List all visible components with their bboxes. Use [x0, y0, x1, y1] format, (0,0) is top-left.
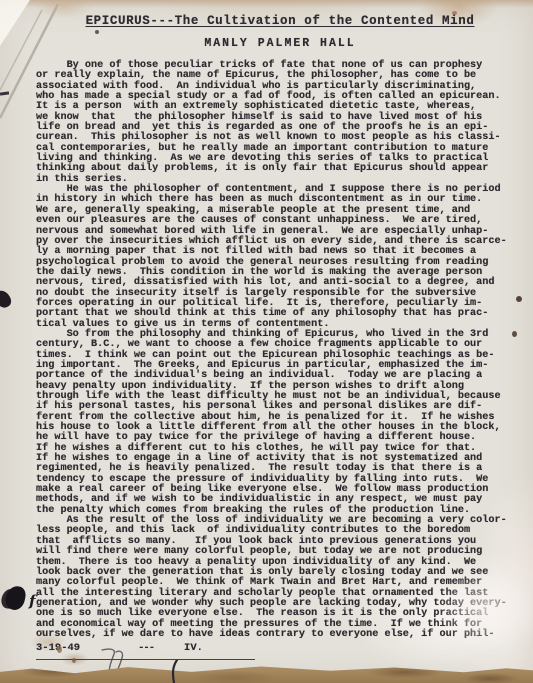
- body-text: By one of those peculiar tricks of fate …: [36, 61, 524, 640]
- paragraph: By one of those peculiar tricks of fate …: [36, 61, 524, 185]
- paper-speck: [516, 296, 522, 302]
- paragraph: He was the philosopher of contentment, a…: [36, 185, 524, 330]
- footer-dashes: ---: [138, 642, 154, 654]
- paper-abrasion-stain: [383, 556, 533, 676]
- text-line: nervous, tired, dissatisfied with his lo…: [36, 278, 524, 288]
- handwritten-margin-letter: f: [29, 592, 35, 610]
- paper-speck: [40, 630, 43, 633]
- scanned-document-page: EPICURUS---The Cultivation of the Conten…: [0, 0, 533, 683]
- paper-speck: [452, 11, 457, 15]
- typed-underline-mark: [36, 659, 255, 660]
- pen-mark-left-edge: [0, 288, 14, 311]
- text-line: even our pleasures are the causes of con…: [36, 216, 524, 226]
- paper-speck: [95, 30, 99, 34]
- paper-speck: [512, 331, 517, 337]
- ink-blot: [4, 584, 28, 611]
- document-author: MANLY PALMER HALL: [36, 37, 524, 50]
- text-line: ly a morning paper that is not filled wi…: [36, 247, 524, 257]
- paper-speck: [57, 646, 62, 653]
- footer-chapter-numeral: IV.: [184, 642, 203, 654]
- pen-stroke-bottom: [163, 660, 189, 683]
- corner-crease: [0, 0, 80, 130]
- paper-speck: [72, 658, 76, 663]
- document-title: EPICURUS---The Cultivation of the Conten…: [36, 14, 524, 28]
- paragraph: So from the philosophy and thinking of E…: [36, 330, 524, 516]
